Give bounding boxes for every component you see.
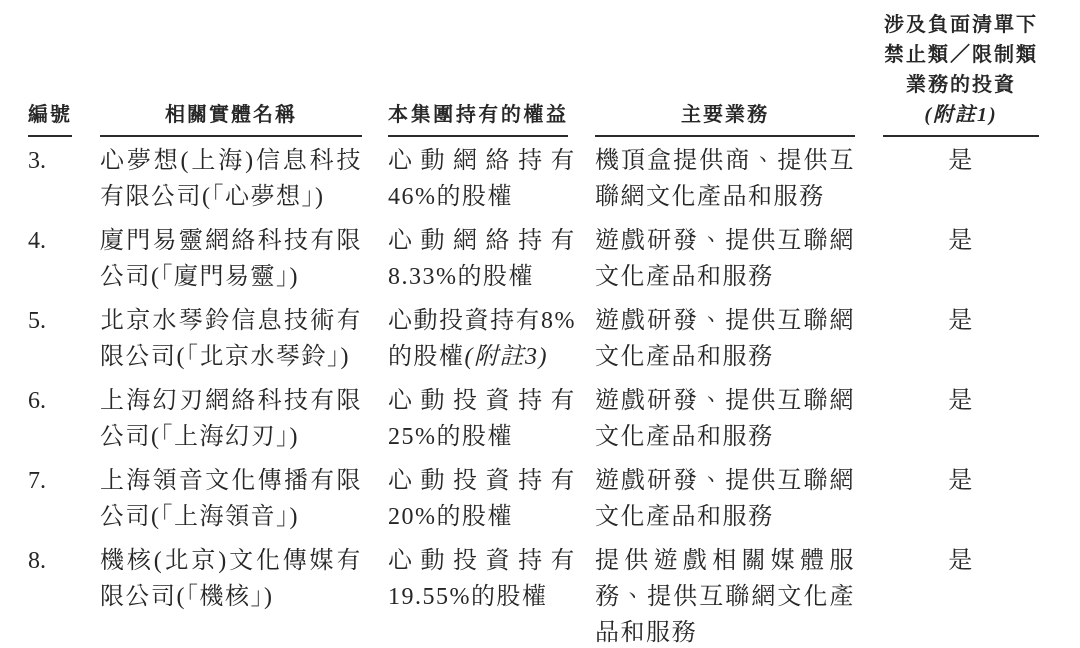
text-line: 心動投資持有 bbox=[388, 463, 576, 499]
cell-group-interest: 心動投資持有 20%的股權 bbox=[388, 463, 576, 535]
text-line: 遊戲研發、提供互聯網 bbox=[595, 383, 855, 419]
table-row: 8. 機核(北京)文化傳媒有 限公司(「機核」) 心動投資持有 19.55%的股… bbox=[28, 543, 1080, 648]
header-negative-list: 涉及負面清單下 禁止類／限制類 業務的投資 (附註1) bbox=[883, 10, 1039, 137]
text-line: 有限公司(「心夢想」) bbox=[100, 179, 362, 215]
cell-negative-list-flag: 是 bbox=[883, 303, 1039, 375]
text-line: 19.55%的股權 bbox=[388, 584, 548, 610]
cell-entity-name: 上海領音文化傳播有限 公司(「上海領音」) bbox=[100, 463, 362, 535]
cell-entity-name: 廈門易靈網絡科技有限 公司(「廈門易靈」) bbox=[100, 223, 362, 295]
text-line: 文化產品和服務 bbox=[595, 419, 855, 455]
text-line: 上海幻刃網絡科技有限 bbox=[100, 383, 362, 419]
text-line: 廈門易靈網絡科技有限 bbox=[100, 223, 362, 259]
cell-row-number: 8. bbox=[28, 543, 100, 648]
table-row: 3. 心夢想(上海)信息科技 有限公司(「心夢想」) 心動網絡持有 46%的股權… bbox=[28, 143, 1080, 215]
table-row: 7. 上海領音文化傳播有限 公司(「上海領音」) 心動投資持有 20%的股權 遊… bbox=[28, 463, 1080, 535]
header-negative-list-line: 涉及負面清單下 bbox=[883, 10, 1039, 40]
text-line: 25%的股權 bbox=[388, 419, 576, 455]
cell-group-interest: 心動投資持有 25%的股權 bbox=[388, 383, 576, 455]
header-group-interest: 本集團持有的權益 bbox=[388, 100, 568, 137]
cell-negative-list-flag: 是 bbox=[883, 383, 1039, 455]
text-line: 20%的股權 bbox=[388, 499, 576, 535]
cell-group-interest: 心動網絡持有 46%的股權 bbox=[388, 143, 576, 215]
text-line: 心動網絡持有 bbox=[388, 223, 576, 259]
cell-entity-name: 機核(北京)文化傳媒有 限公司(「機核」) bbox=[100, 543, 362, 648]
text-line: 46%的股權 bbox=[388, 179, 576, 215]
text-line: 心動投資持有 bbox=[388, 383, 576, 419]
table-row: 5. 北京水琴鈴信息技術有 限公司(「北京水琴鈴」) 心動投資持有8% 的股權(… bbox=[28, 303, 1080, 375]
text-line: 文化產品和服務 bbox=[595, 339, 855, 375]
cell-group-interest: 心動投資持有8% 的股權(附註3) bbox=[388, 303, 576, 375]
text-line: 8.33%的股權 bbox=[388, 259, 576, 295]
table-body: 3. 心夢想(上海)信息科技 有限公司(「心夢想」) 心動網絡持有 46%的股權… bbox=[0, 143, 1080, 648]
cell-main-business: 機頂盒提供商、提供互 聯網文化產品和服務 bbox=[595, 143, 855, 215]
text-line: 公司(「上海幻刃」) bbox=[100, 419, 362, 455]
header-no-underline: 編號 bbox=[28, 100, 72, 137]
text-line: 的股權(附註3) bbox=[388, 339, 576, 375]
text-line: 8.33%的股權 bbox=[388, 264, 534, 290]
cell-main-business: 遊戲研發、提供互聯網 文化產品和服務 bbox=[595, 223, 855, 295]
header-no-label: 編號 bbox=[28, 104, 72, 126]
cell-entity-name: 上海幻刃網絡科技有限 公司(「上海幻刃」) bbox=[100, 383, 362, 455]
cell-main-business: 遊戲研發、提供互聯網 文化產品和服務 bbox=[595, 303, 855, 375]
header-negative-list-line: 禁止類／限制類 bbox=[883, 40, 1039, 70]
text-line: 遊戲研發、提供互聯網 bbox=[595, 463, 855, 499]
text-line: 公司(「廈門易靈」) bbox=[100, 259, 362, 295]
text-line: 遊戲研發、提供互聯網 bbox=[595, 223, 855, 259]
table-header-row: 編號 相關實體名稱 本集團持有的權益 主要業務 涉及負面清單下 禁止類／限制類 … bbox=[28, 10, 1080, 137]
text-line: 限公司(「機核」) bbox=[100, 579, 362, 615]
text-line: 文化產品和服務 bbox=[595, 499, 855, 535]
text-line: 提供遊戲相關媒體服 bbox=[595, 543, 855, 579]
cell-main-business: 遊戲研發、提供互聯網 文化產品和服務 bbox=[595, 463, 855, 535]
cell-row-number: 6. bbox=[28, 383, 100, 455]
cell-negative-list-flag: 是 bbox=[883, 143, 1039, 215]
header-note-label: (附註1) bbox=[883, 100, 1039, 130]
text-line: 心夢想(上海)信息科技 bbox=[100, 143, 362, 179]
header-main-business: 主要業務 bbox=[595, 100, 855, 137]
header-no: 編號 bbox=[28, 100, 100, 137]
cell-negative-list-flag: 是 bbox=[883, 223, 1039, 295]
note-reference: (附註3) bbox=[465, 344, 548, 370]
header-entity-name: 相關實體名稱 bbox=[100, 100, 362, 137]
text-line: 務、提供互聯網文化產 bbox=[595, 579, 855, 615]
text-line: 品和服務 bbox=[595, 615, 855, 648]
text-line: 心動網絡持有 bbox=[388, 143, 576, 179]
cell-row-number: 7. bbox=[28, 463, 100, 535]
text-line: 的股權 bbox=[388, 344, 465, 370]
text-line: 機核(北京)文化傳媒有 bbox=[100, 543, 362, 579]
text-line: 心動投資持有8% bbox=[388, 303, 576, 339]
cell-row-number: 5. bbox=[28, 303, 100, 375]
text-line: 聯網文化產品和服務 bbox=[595, 179, 855, 215]
cell-group-interest: 心動投資持有 19.55%的股權 bbox=[388, 543, 576, 648]
text-line: 文化產品和服務 bbox=[595, 259, 855, 295]
text-line: 遊戲研發、提供互聯網 bbox=[595, 303, 855, 339]
text-line: 心動投資持有 bbox=[388, 543, 576, 579]
text-line: 公司(「上海領音」) bbox=[100, 499, 362, 535]
cell-group-interest: 心動網絡持有 8.33%的股權 bbox=[388, 223, 576, 295]
table-row: 6. 上海幻刃網絡科技有限 公司(「上海幻刃」) 心動投資持有 25%的股權 遊… bbox=[28, 383, 1080, 455]
table-row: 4. 廈門易靈網絡科技有限 公司(「廈門易靈」) 心動網絡持有 8.33%的股權… bbox=[28, 223, 1080, 295]
text-line: 20%的股權 bbox=[388, 504, 513, 530]
text-line: 限公司(「北京水琴鈴」) bbox=[100, 339, 362, 375]
text-line: 上海領音文化傳播有限 bbox=[100, 463, 362, 499]
text-line: 46%的股權 bbox=[388, 184, 513, 210]
text-line: 機頂盒提供商、提供互 bbox=[595, 143, 855, 179]
text-line: 19.55%的股權 bbox=[388, 579, 576, 615]
cell-main-business: 提供遊戲相關媒體服 務、提供互聯網文化產 品和服務 bbox=[595, 543, 855, 648]
cell-entity-name: 北京水琴鈴信息技術有 限公司(「北京水琴鈴」) bbox=[100, 303, 362, 375]
cell-negative-list-flag: 是 bbox=[883, 463, 1039, 535]
cell-negative-list-flag: 是 bbox=[883, 543, 1039, 648]
cell-entity-name: 心夢想(上海)信息科技 有限公司(「心夢想」) bbox=[100, 143, 362, 215]
document-page: 編號 相關實體名稱 本集團持有的權益 主要業務 涉及負面清單下 禁止類／限制類 … bbox=[0, 0, 1080, 648]
text-line: 25%的股權 bbox=[388, 424, 513, 450]
header-negative-list-line: 業務的投資 bbox=[883, 70, 1039, 100]
cell-main-business: 遊戲研發、提供互聯網 文化產品和服務 bbox=[595, 383, 855, 455]
text-line: 北京水琴鈴信息技術有 bbox=[100, 303, 362, 339]
cell-row-number: 3. bbox=[28, 143, 100, 215]
cell-row-number: 4. bbox=[28, 223, 100, 295]
